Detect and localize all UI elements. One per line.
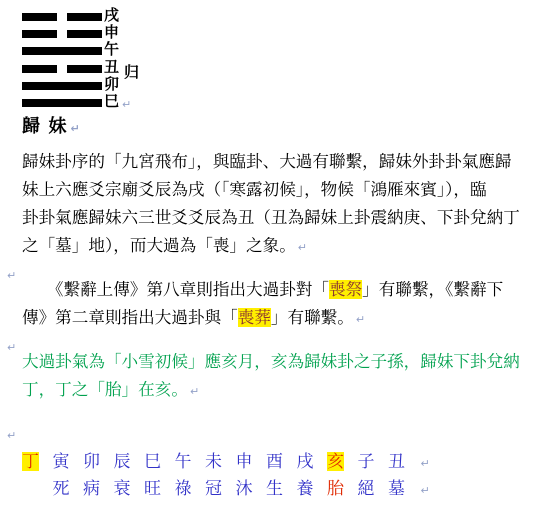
branch-label: 申 xyxy=(104,25,119,42)
return-mark: ↵ xyxy=(7,429,16,442)
yin-line-segment xyxy=(22,30,57,38)
text-run: 絕墓 xyxy=(358,479,419,498)
text-run: 寅卯辰巳午未申酉戌 xyxy=(53,452,328,471)
text-run: 」有聯繫。 xyxy=(271,308,354,327)
yin-line xyxy=(22,65,102,73)
text-run: 死病衰旺祿冠沐生養 xyxy=(53,479,328,498)
text-run: 喪葬 xyxy=(238,308,271,327)
return-mark: ↵ xyxy=(298,241,307,254)
branch-label: 戌 xyxy=(104,8,119,25)
text-line: 丁，丁之「胎」在亥。↵ xyxy=(22,376,527,404)
yin-line-segment xyxy=(22,65,57,73)
text-line: 妹上六應爻宗廟爻辰為戌（「寒露初候」，物候「鴻雁來賓」），臨 xyxy=(22,176,527,204)
text-line: 卦卦氣應歸妹六三世爻爻辰為丑（丑為歸妹上卦震納庚、下卦兌納丁 xyxy=(22,204,527,232)
branch-label: 巳 xyxy=(104,94,119,111)
text-line: 《繫辭上傳》第八章則指出大過卦對「喪祭」有聯繫，《繫辭下 xyxy=(22,276,527,304)
text-run: 傳》第二章則指出大過卦與「 xyxy=(22,308,238,327)
paragraph-xici-citations: 《繫辭上傳》第八章則指出大過卦對「喪祭」有聯繫，《繫辭下傳》第二章則指出大過卦與… xyxy=(22,276,527,332)
text-run: 丁，丁之「胎」在亥。 xyxy=(22,380,188,399)
return-mark: ↵ xyxy=(71,122,80,135)
text-line: 傳》第二章則指出大過卦與「喪葬」有聯繫。↵ xyxy=(22,304,527,332)
return-mark: ↵ xyxy=(7,269,16,282)
yin-line-segment xyxy=(67,65,102,73)
return-mark: ↵ xyxy=(421,484,430,497)
text-run: 喪祭 xyxy=(329,280,362,299)
document-page: ↵ 戌申午丑归卯巳 歸 妹↵ 歸妹卦序的「九宮飛布」，與臨卦、大過有聯繫，歸妹外… xyxy=(0,0,542,508)
stem-branch-lifecycle-table: 丁寅卯辰巳午未申酉戌亥子丑↵死病衰旺祿冠沐生養胎絕墓↵ xyxy=(22,448,430,502)
text-run: 子丑 xyxy=(358,452,419,471)
yin-line-segment xyxy=(22,13,57,21)
text-run: 」有聯繫，《繫辭下 xyxy=(362,280,503,299)
return-mark: ↵ xyxy=(356,313,365,326)
yin-line-segment xyxy=(67,30,102,38)
yang-line xyxy=(22,82,102,90)
table-row-branches: 丁寅卯辰巳午未申酉戌亥子丑↵ xyxy=(22,448,430,475)
hexagram-title: 歸 妹↵ xyxy=(22,112,80,138)
branch-label: 卯 xyxy=(104,77,119,94)
empty-line-3: ↵ xyxy=(5,420,510,448)
text-line: 之「墓」地），而大過為「喪」之象。↵ xyxy=(22,232,527,260)
text-run: 大過卦氣為「小雪初候」應亥月，亥為歸妹卦之子孫，歸妹下卦兌納 xyxy=(22,352,520,371)
branch-label: 丑 xyxy=(104,60,119,77)
table-row-stages: 死病衰旺祿冠沐生養胎絕墓↵ xyxy=(53,475,430,502)
paragraph-green-note: 大過卦氣為「小雪初候」應亥月，亥為歸妹卦之子孫，歸妹下卦兌納丁，丁之「胎」在亥。… xyxy=(22,348,527,404)
paragraph-jiugong-feibu: 歸妹卦序的「九宮飛布」，與臨卦、大過有聯繫，歸妹外卦卦氣應歸妹上六應爻宗廟爻辰為… xyxy=(22,148,527,260)
text-run: 妹上六應爻宗廟爻辰為戌（「寒露初候」，物候「鴻雁來賓」），臨 xyxy=(22,180,487,199)
text-run: 《繫辭上傳》第八章則指出大過卦對「 xyxy=(22,280,329,299)
text-run: 之「墓」地），而大過為「喪」之象。 xyxy=(22,236,296,255)
text-run: 胎 xyxy=(327,479,358,498)
hexagram-line-4-broken: 丑归 xyxy=(22,60,162,77)
text-run: 丁 xyxy=(22,452,39,471)
text-line: 歸妹卦序的「九宮飛布」，與臨卦、大過有聯繫，歸妹外卦卦氣應歸 xyxy=(22,148,527,176)
text-line: 大過卦氣為「小雪初候」應亥月，亥為歸妹卦之子孫，歸妹下卦兌納 xyxy=(22,348,527,376)
hexagram-line-2-broken: 申 xyxy=(22,25,162,42)
hexagram-line-6-solid: 巳 xyxy=(22,94,162,111)
text-run: 卦卦氣應歸妹六三世爻爻辰為丑（丑為歸妹上卦震納庚、下卦兌納丁 xyxy=(22,208,520,227)
return-mark: ↵ xyxy=(421,457,430,470)
text-run: 歸妹卦序的「九宮飛布」，與臨卦、大過有聯繫，歸妹外卦卦氣應歸 xyxy=(22,152,512,171)
text-line: ↵ xyxy=(5,420,510,448)
hexagram-title-text: 歸 妹 xyxy=(22,116,69,136)
yang-line xyxy=(22,99,102,107)
yin-line xyxy=(22,30,102,38)
yin-line-segment xyxy=(67,13,102,21)
hexagram-line-1-broken: 戌 xyxy=(22,8,162,25)
yin-line xyxy=(22,13,102,21)
return-mark: ↵ xyxy=(190,385,199,398)
return-mark: ↵ xyxy=(7,341,16,354)
text-run: 亥 xyxy=(327,452,344,471)
branch-label: 午 xyxy=(104,42,119,59)
hexagram-guimei-figure: ↵ 戌申午丑归卯巳 xyxy=(22,8,162,112)
yang-line xyxy=(22,47,102,55)
hexagram-line-3-solid: 午 xyxy=(22,42,162,59)
hexagram-line-5-solid: 卯 xyxy=(22,77,162,94)
